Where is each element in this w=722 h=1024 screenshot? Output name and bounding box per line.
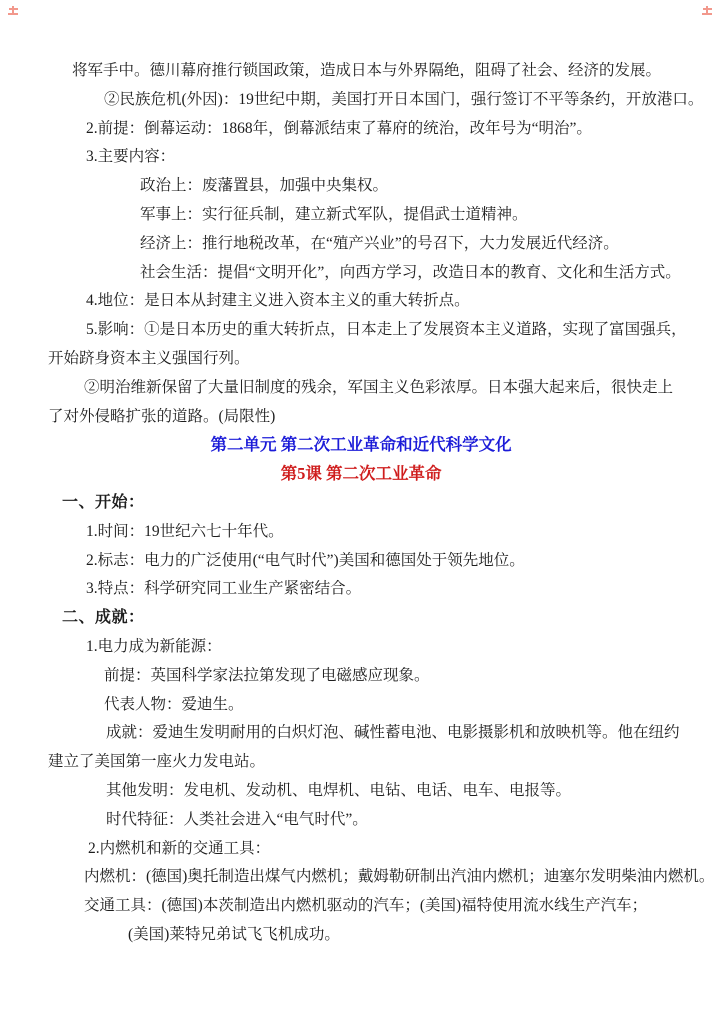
document-text-block: 将军手中。德川幕府推行锁国政策，造成日本与外界隔绝，阻碍了社会、经济的发展。②民… bbox=[0, 0, 722, 950]
corner-mark-left bbox=[8, 6, 19, 16]
text-line: 社会生活：提倡“文明开化”，向西方学习，改造日本的教育、文化和生活方式。 bbox=[0, 259, 722, 288]
text-line: 政治上：废藩置县，加强中央集权。 bbox=[0, 172, 722, 201]
text-line: 建立了美国第一座火力发电站。 bbox=[0, 748, 722, 777]
lesson-heading: 第5课 第二次工业革命 bbox=[0, 460, 722, 489]
text-line: 4.地位：是日本从封建主义进入资本主义的重大转折点。 bbox=[0, 287, 722, 316]
text-line: 前提：英国科学家法拉第发现了电磁感应现象。 bbox=[0, 662, 722, 691]
text-line: 内燃机：(德国)奥托制造出煤气内燃机；戴姆勒研制出汽油内燃机；迪塞尔发明柴油内燃… bbox=[0, 863, 722, 892]
text-line: 开始跻身资本主义强国行列。 bbox=[0, 345, 722, 374]
text-line: 3.主要内容： bbox=[0, 143, 722, 172]
text-line: 经济上：推行地税改革，在“殖产兴业”的号召下，大力发展近代经济。 bbox=[0, 230, 722, 259]
text-line: 成就：爱迪生发明耐用的白炽灯泡、碱性蓄电池、电影摄影机和放映机等。他在纽约 bbox=[0, 719, 722, 748]
text-line: 2.前提：倒幕运动：1868年，倒幕派结束了幕府的统治，改年号为“明治”。 bbox=[0, 115, 722, 144]
text-line: (美国)莱特兄弟试飞飞机成功。 bbox=[0, 921, 722, 950]
text-line: 2.内燃机和新的交通工具： bbox=[0, 835, 722, 864]
text-line: 代表人物：爱迪生。 bbox=[0, 691, 722, 720]
text-line: ②民族危机(外因)：19世纪中期，美国打开日本国门，强行签订不平等条约，开放港口… bbox=[0, 86, 722, 115]
text-line: 2.标志：电力的广泛使用(“电气时代”)美国和德国处于领先地位。 bbox=[0, 547, 722, 576]
section-heading-start: 一、开始： bbox=[0, 489, 722, 518]
text-line: ②明治维新保留了大量旧制度的残余，军国主义色彩浓厚。日本强大起来后，很快走上 bbox=[0, 374, 722, 403]
unit-heading: 第二单元 第二次工业革命和近代科学文化 bbox=[0, 431, 722, 460]
text-line: 1.电力成为新能源： bbox=[0, 633, 722, 662]
text-line: 交通工具：(德国)本茨制造出内燃机驱动的汽车；(美国)福特使用流水线生产汽车； bbox=[0, 892, 722, 921]
text-line: 将军手中。德川幕府推行锁国政策，造成日本与外界隔绝，阻碍了社会、经济的发展。 bbox=[0, 57, 722, 86]
corner-mark-right bbox=[702, 6, 713, 16]
document-page: 将军手中。德川幕府推行锁国政策，造成日本与外界隔绝，阻碍了社会、经济的发展。②民… bbox=[0, 0, 722, 1024]
text-line: 时代特征：人类社会进入“电气时代”。 bbox=[0, 806, 722, 835]
text-line: 军事上：实行征兵制，建立新式军队，提倡武士道精神。 bbox=[0, 201, 722, 230]
text-line: 5.影响：①是日本历史的重大转折点，日本走上了发展资本主义道路，实现了富国强兵， bbox=[0, 316, 722, 345]
text-line: 1.时间：19世纪六七十年代。 bbox=[0, 518, 722, 547]
section-heading-achievements: 二、成就： bbox=[0, 604, 722, 633]
text-line: 3.特点：科学研究同工业生产紧密结合。 bbox=[0, 575, 722, 604]
text-line: 其他发明：发电机、发动机、电焊机、电钻、电话、电车、电报等。 bbox=[0, 777, 722, 806]
text-line: 了对外侵略扩张的道路。(局限性) bbox=[0, 403, 722, 432]
